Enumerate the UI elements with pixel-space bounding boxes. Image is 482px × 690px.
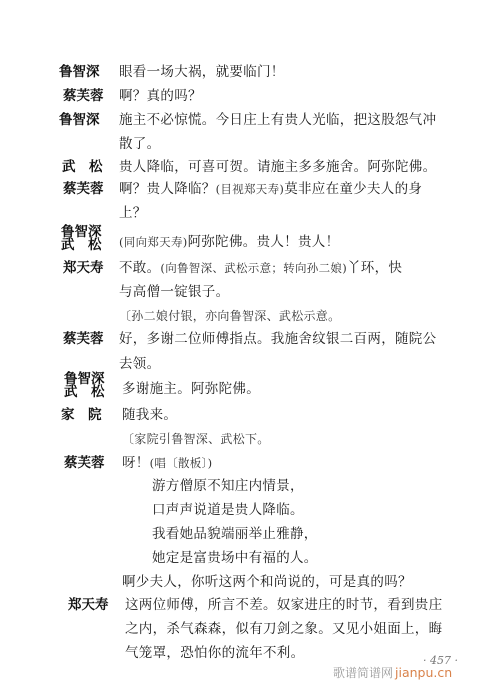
speaker-label: 家 院 (61, 408, 102, 423)
dialogue-line: 施主不必惊慌。今日庄上有贵人光临，把这股怨气冲 (119, 111, 436, 129)
dialogue-line: 啊？贵人降临？(目视郑天寿)莫非应在童少夫人的身 (119, 180, 422, 198)
speaker-label: 鲁智深 (59, 65, 100, 80)
stage-direction: (同向郑天寿) (119, 235, 188, 249)
dialogue-line: 贵人降临，可喜可贺。请施主多多施舍。阿弥陀佛。 (119, 158, 436, 176)
speaker-label-group: 鲁智深 武 松 (64, 373, 105, 399)
watermark-cn: 歌谱简谱网 (333, 666, 393, 680)
speaker-label-group: 鲁智深 武 松 (61, 226, 102, 252)
dialogue-text: 丫环，快 (347, 260, 402, 276)
verse-line: 她定是富贵场中有福的人。 (152, 549, 318, 567)
dialogue-text: 莫非应在童少夫人的身 (284, 181, 422, 197)
dialogue-line: 随我来。 (122, 406, 177, 424)
stage-direction: (唱〔散板〕) (150, 456, 213, 470)
dialogue-line: 眼看一场大祸，就要临门！ (119, 63, 285, 81)
dialogue-line: 好，多谢二位师傅指点。我施舍纹银二百两，随院公 (119, 330, 436, 348)
verse-line: 游方僧原不知庄内情景， (152, 477, 304, 495)
speaker-label: 郑天寿 (63, 261, 104, 276)
stage-direction: 〔孙二娘付银，亦向鲁智深、武松示意。 (119, 307, 340, 325)
dialogue-text: 不敢。 (119, 260, 160, 276)
dialogue-line: (同向郑天寿)阿弥陀佛。贵人！贵人！ (119, 233, 339, 251)
dialogue-line: 气笼罩，恐怕你的流年不利。 (125, 644, 304, 662)
dialogue-line: 啊？真的吗？ (119, 87, 202, 105)
stage-direction: (向鲁智深、武松示意；转向孙二娘) (160, 261, 347, 275)
speaker-label: 郑天寿 (68, 598, 109, 613)
speaker-label: 蔡芙蓉 (64, 456, 105, 471)
dialogue-line: 这两位师傅，所言不差。奴家进庄的时节，看到贵庄 (125, 596, 442, 614)
speaker-label: 武 松 (61, 239, 102, 252)
dialogue-line: 与高僧一锭银子。 (119, 283, 229, 301)
verse-line: 我看她品貌端丽举止雅静， (152, 525, 318, 543)
dialogue-line: 不敢。(向鲁智深、武松示意；转向孙二娘)丫环，快 (119, 259, 402, 277)
speaker-label: 蔡芙蓉 (63, 182, 104, 197)
script-page: 鲁智深 眼看一场大祸，就要临门！ 蔡芙蓉 啊？真的吗？ 鲁智深 施主不必惊慌。今… (0, 0, 482, 690)
watermark-site: jianpu.cn (395, 665, 452, 680)
speaker-label: 武 松 (62, 160, 103, 175)
speaker-label: 武 松 (64, 386, 105, 399)
dialogue-line: 上？ (119, 204, 147, 222)
dialogue-line: 去领。 (119, 355, 160, 373)
stage-direction: (目视郑天寿) (216, 182, 285, 196)
dialogue-text: 啊？贵人降临？ (119, 181, 216, 197)
dialogue-text: 阿弥陀佛。贵人！贵人！ (188, 234, 340, 250)
dialogue-line: 啊少夫人，你听这两个和尚说的，可是真的吗？ (122, 573, 412, 591)
watermark: 歌谱简谱网jianpu.cn (333, 664, 452, 681)
dialogue-line: 散了。 (119, 135, 160, 153)
speaker-label: 蔡芙蓉 (63, 89, 104, 104)
stage-direction: 〔家院引鲁智深、武松下。 (122, 430, 270, 448)
verse-line: 口声声说道是贵人降临。 (152, 501, 304, 519)
dialogue-line: 之内，杀气森森，似有刀剑之象。又见小姐面上，晦 (125, 620, 442, 638)
dialogue-line: 呀！(唱〔散板〕) (122, 454, 212, 472)
speaker-label: 鲁智深 (59, 113, 100, 128)
dialogue-line: 多谢施主。阿弥陀佛。 (122, 380, 260, 398)
speaker-label: 蔡芙蓉 (63, 332, 104, 347)
dialogue-text: 呀！ (122, 455, 150, 471)
